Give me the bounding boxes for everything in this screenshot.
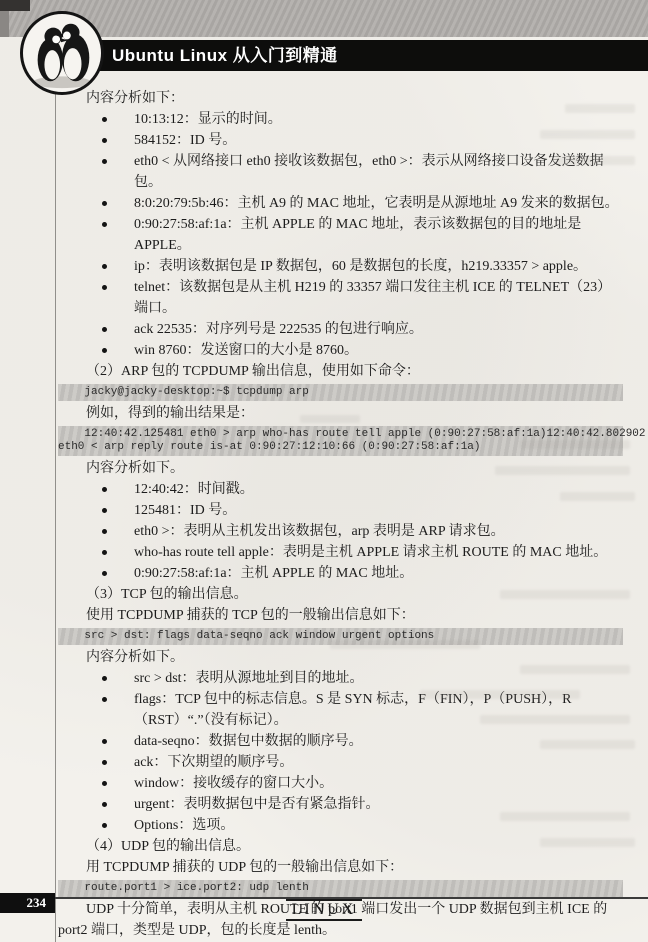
code-line: src > dst: flags data-seqno ack window u… xyxy=(58,630,623,643)
paragraph: （3）TCP 包的输出信息。 xyxy=(58,584,623,605)
bullet-item: window：接收缓存的窗口大小。 xyxy=(58,773,623,794)
paragraph: 内容分析如下。 xyxy=(58,458,623,479)
code-block: src > dst: flags data-seqno ack window u… xyxy=(58,628,623,645)
bullet-item: 0:90:27:58:af:1a：主机 APPLE 的 MAC 地址，表示该数据… xyxy=(58,214,623,256)
paragraph: UDP 十分简单，表明从主机 ROUTE 的 port1 端口发出一个 UDP … xyxy=(58,899,623,941)
bullet-list: src > dst：表明从源地址到目的地址。flags：TCP 包中的标志信息。… xyxy=(58,668,623,836)
penguins-icon xyxy=(23,14,101,92)
bullet-item: who-has route tell apple：表明是主机 APPLE 请求主… xyxy=(58,542,623,563)
bullet-list: 10:13:12：显示的时间。584152：ID 号。eth0 < 从网络接口 … xyxy=(58,109,623,361)
paragraph: （2）ARP 包的 TCPDUMP 输出信息，使用如下命令： xyxy=(58,361,623,382)
code-block: jacky@jacky-desktop:~$ tcpdump arp xyxy=(58,384,623,401)
bullet-item: 8:0:20:79:5b:46：主机 A9 的 MAC 地址，它表明是从源地址 … xyxy=(58,193,623,214)
page-content: 内容分析如下：10:13:12：显示的时间。584152：ID 号。eth0 <… xyxy=(58,88,623,941)
bullet-item: win 8760：发送窗口的大小是 8760。 xyxy=(58,340,623,361)
bullet-item: ip：表明该数据包是 IP 数据包，60 是数据包的长度，h219.33357 … xyxy=(58,256,623,277)
book-page-scan: { "header": { "title": "Ubuntu Linux 从入门… xyxy=(0,0,648,942)
code-line: jacky@jacky-desktop:~$ tcpdump arp xyxy=(58,386,623,399)
bullet-item: eth0 < 从网络接口 eth0 接收该数据包，eth0 >：表示从网络接口设… xyxy=(58,151,623,193)
bullet-item: 584152：ID 号。 xyxy=(58,130,623,151)
bullet-item: 0:90:27:58:af:1a：主机 APPLE 的 MAC 地址。 xyxy=(58,563,623,584)
bullet-item: telnet：该数据包是从主机 H219 的 33357 端口发往主机 ICE … xyxy=(58,277,623,319)
bullet-item: 125481：ID 号。 xyxy=(58,500,623,521)
scan-corner-shadow xyxy=(0,0,30,11)
code-line: 12:40:42.125481 eth0 > arp who-has route… xyxy=(58,428,623,441)
bullet-item: data-seqno：数据包中数据的顺序号。 xyxy=(58,731,623,752)
paragraph: （4）UDP 包的输出信息。 xyxy=(58,836,623,857)
code-line: route.port1 > ice.port2: udp lenth xyxy=(58,882,623,895)
bullet-item: ack 22535：对序列号是 222535 的包进行响应。 xyxy=(58,319,623,340)
code-block: 12:40:42.125481 eth0 > arp who-has route… xyxy=(58,426,623,456)
bullet-item: eth0 >：表明从主机发出该数据包，arp 表明是 ARP 请求包。 xyxy=(58,521,623,542)
code-block: route.port1 > ice.port2: udp lenth xyxy=(58,880,623,897)
bullet-item: urgent：表明数据包中是否有紧急指针。 xyxy=(58,794,623,815)
paragraph: 内容分析如下： xyxy=(58,88,623,109)
scan-edge-shadow xyxy=(0,11,9,37)
bullet-item: flags：TCP 包中的标志信息。S 是 SYN 标志，F（FIN），P（PU… xyxy=(58,689,623,731)
chapter-header-bar: Ubuntu Linux 从入门到精通 xyxy=(88,40,648,71)
code-line: eth0 < arp reply route is-at 0:90:27:12:… xyxy=(58,441,623,454)
bullet-item: ack：下次期望的顺序号。 xyxy=(58,752,623,773)
paragraph: 内容分析如下。 xyxy=(58,647,623,668)
paragraph: 使用 TCPDUMP 捕获的 TCP 包的一般输出信息如下： xyxy=(58,605,623,626)
bullet-list: 12:40:42：时间戳。125481：ID 号。eth0 >：表明从主机发出该… xyxy=(58,479,623,584)
paragraph: 例如，得到的输出结果是： xyxy=(58,403,623,424)
bullet-item: Options：选项。 xyxy=(58,815,623,836)
bullet-item: 12:40:42：时间戳。 xyxy=(58,479,623,500)
bullet-item: 10:13:12：显示的时间。 xyxy=(58,109,623,130)
paragraph: 用 TCPDUMP 捕获的 UDP 包的一般输出信息如下： xyxy=(58,857,623,878)
page-margin-rule xyxy=(55,93,56,942)
penguins-logo xyxy=(20,11,104,95)
bullet-item: src > dst：表明从源地址到目的地址。 xyxy=(58,668,623,689)
book-title: Ubuntu Linux 从入门到精通 xyxy=(112,46,338,65)
